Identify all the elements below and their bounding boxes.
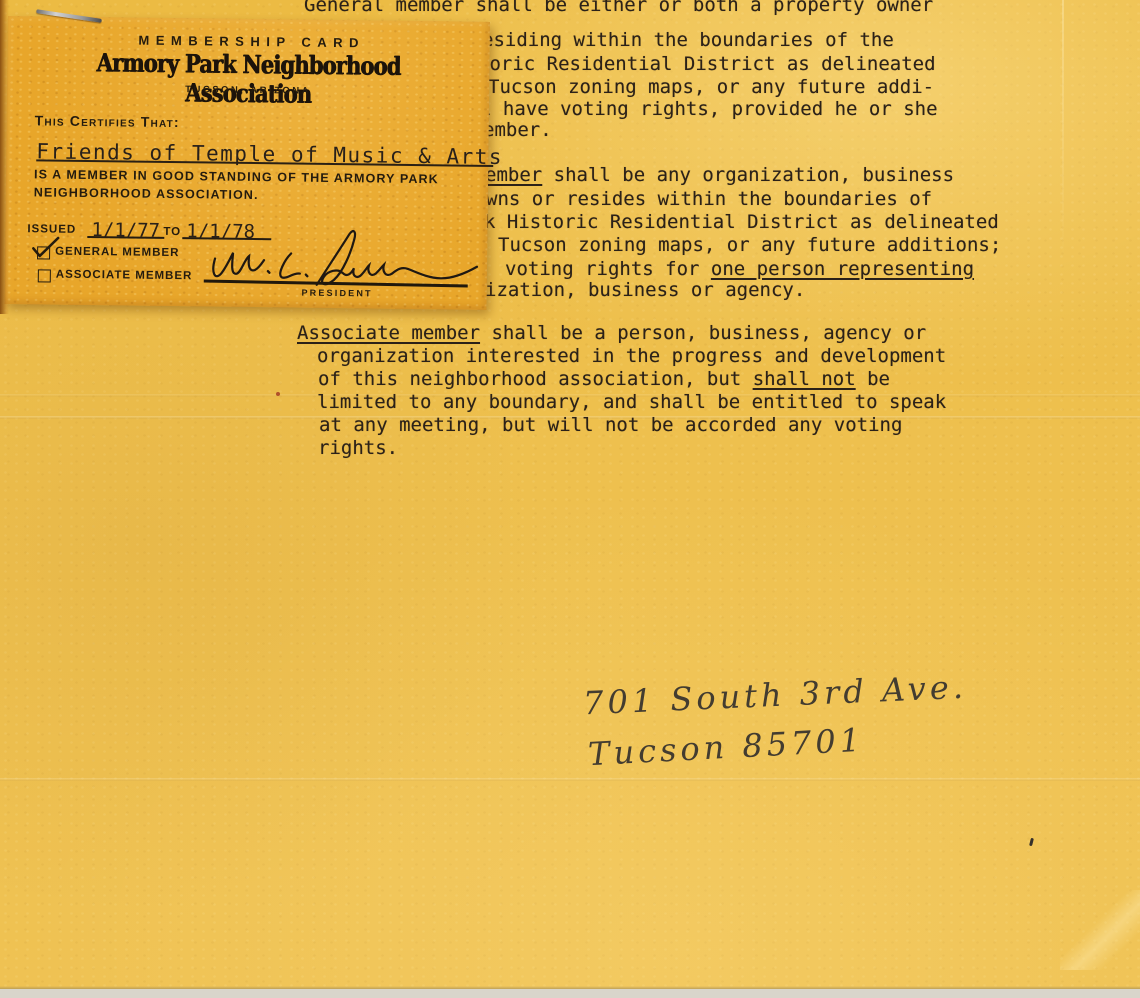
typed-text: voting rights for xyxy=(505,258,711,280)
organization-name: Armory Park Neighborhood Association xyxy=(45,47,451,110)
general-member-label: GENERAL MEMBER xyxy=(55,246,179,260)
scan-bottom-edge xyxy=(0,989,1140,998)
certifies-label: This Certifies That: xyxy=(35,112,180,130)
typed-line: Associate member shall be a person, busi… xyxy=(297,322,926,345)
paper-speck xyxy=(276,392,280,396)
typed-text: be xyxy=(856,368,890,390)
typed-line: wns or resides within the boundaries of xyxy=(486,188,932,211)
card-edge-shadow xyxy=(0,0,9,314)
typed-line: organization interested in the progress … xyxy=(317,345,946,368)
typed-line: ember shall be any organization, busines… xyxy=(485,164,954,187)
associate-member-label: ASSOCIATE MEMBER xyxy=(56,269,193,283)
president-label: PRESIDENT xyxy=(290,287,385,298)
underlined-text: shall not xyxy=(753,368,856,390)
typed-line: ization, business or agency. xyxy=(485,279,805,302)
standing-line: IS A MEMBER IN GOOD STANDING OF THE ARMO… xyxy=(34,167,439,186)
typed-text: shall be any organization, business xyxy=(542,164,954,186)
typed-line: esiding within the boundaries of the xyxy=(482,29,894,52)
underlined-text: Associate member xyxy=(297,322,480,344)
membership-card: MEMBERSHIP CARD Armory Park Neighborhood… xyxy=(4,16,489,310)
to-label: TO xyxy=(163,226,181,238)
standing-line: NEIGHBORHOOD ASSOCIATION. xyxy=(34,185,259,202)
handwritten-address-line1: 701 South 3rd Ave. xyxy=(582,668,967,723)
typed-line: limited to any boundary, and shall be en… xyxy=(317,391,946,414)
typed-text: of this neighborhood association, but xyxy=(318,368,753,390)
typed-line: toric Residential District as delineated xyxy=(478,53,936,76)
associate-member-checkbox xyxy=(38,269,51,282)
typed-line: voting rights for one person representin… xyxy=(505,258,974,281)
typed-line: ember. xyxy=(483,119,552,142)
underlined-text: one person representing xyxy=(711,258,974,280)
typed-line: of this neighborhood association, but sh… xyxy=(318,368,890,391)
fold-crease xyxy=(1060,890,1140,970)
fold-crease xyxy=(1062,0,1064,260)
member-name-entry: Friends of Temple of Music & Arts xyxy=(36,138,503,170)
typed-line: k Historic Residential District as delin… xyxy=(484,211,999,234)
typed-line: General member shall be either or both a… xyxy=(304,0,933,17)
handwritten-address-line2: Tucson 85701 xyxy=(587,721,865,773)
issued-date-entry: 1/1/77 xyxy=(91,219,160,242)
typed-line: rights. xyxy=(318,437,398,460)
fold-crease xyxy=(0,778,1140,781)
typed-line: Tucson zoning maps, or any future additi… xyxy=(498,234,1001,257)
typed-line: at any meeting, but will not be accorded… xyxy=(319,414,902,437)
pen-mark xyxy=(1029,838,1034,846)
typed-line: l have voting rights, provided he or she xyxy=(480,98,938,121)
typed-line: Tucson zoning maps, or any future addi- xyxy=(488,76,934,99)
typed-text: shall be a person, business, agency or xyxy=(480,322,926,344)
scanned-document: General member shall be either or both a… xyxy=(0,0,1140,998)
